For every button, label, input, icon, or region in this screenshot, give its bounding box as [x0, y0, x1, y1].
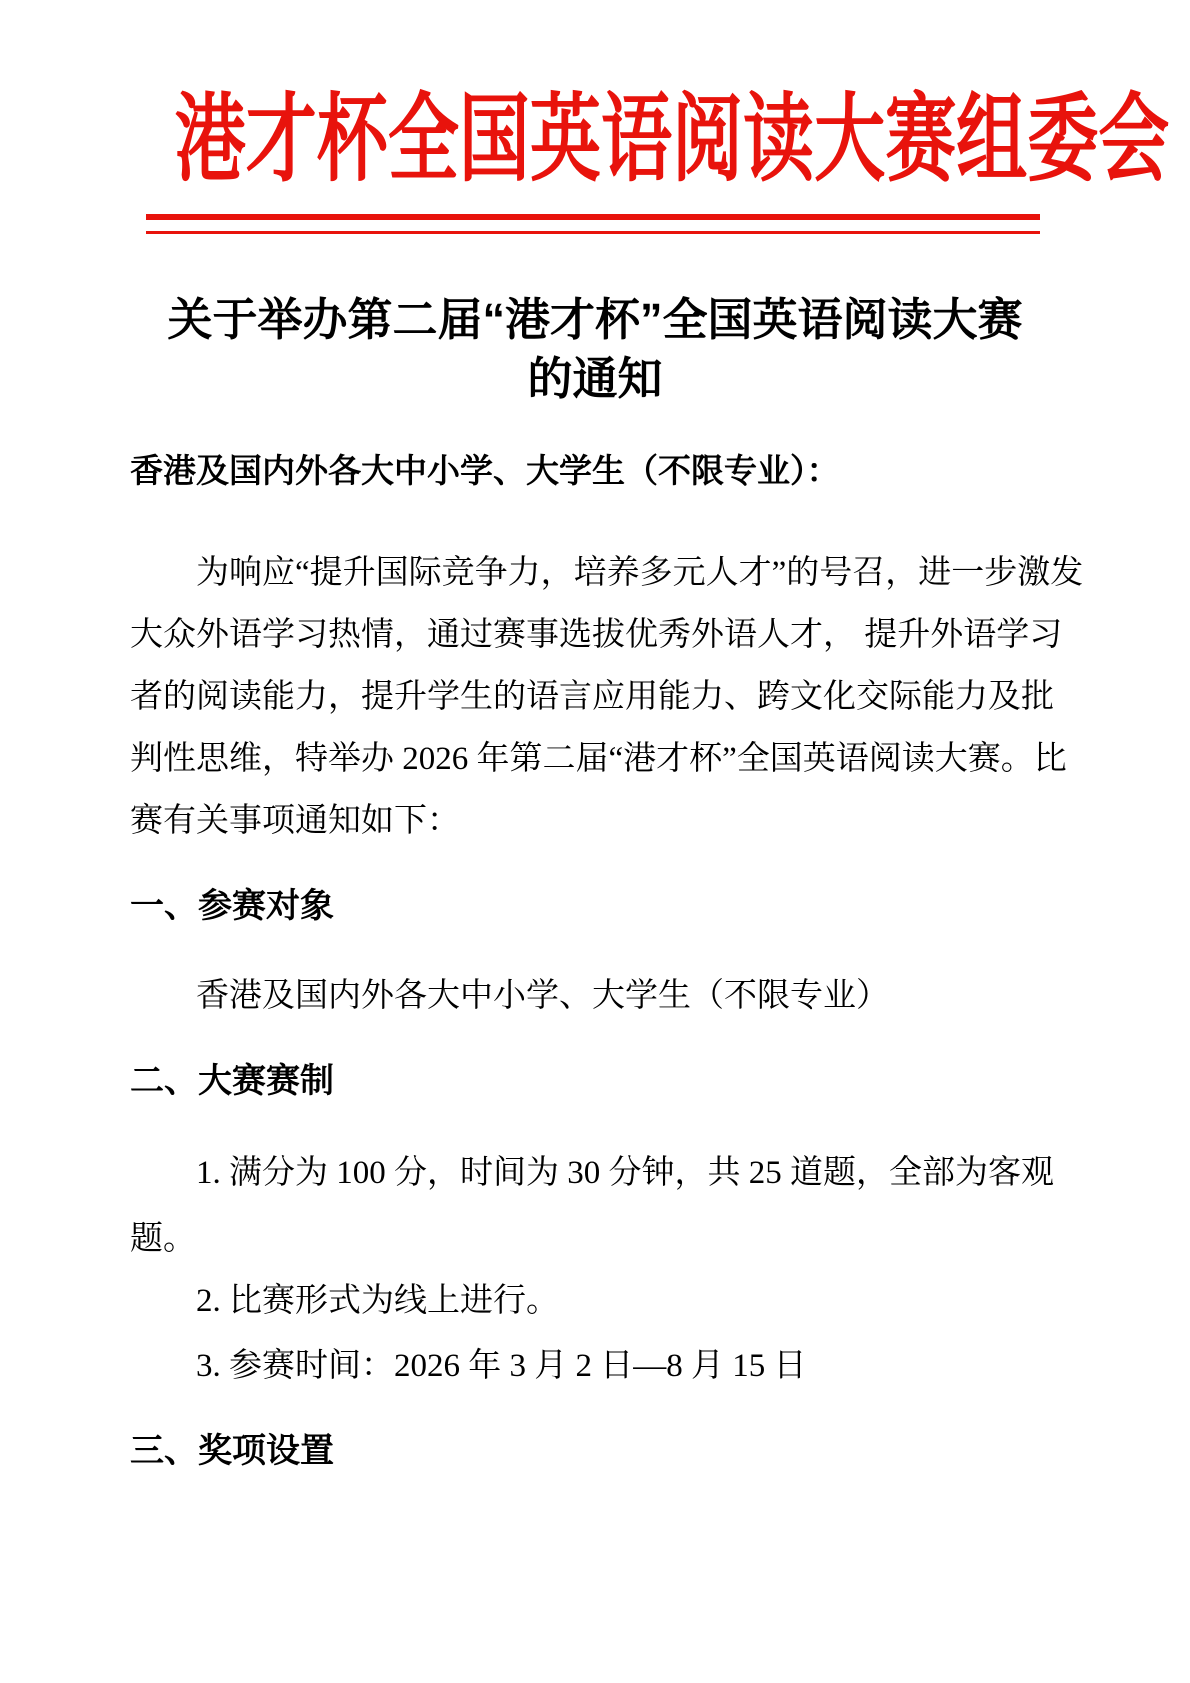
intro-line-2: 大众外语学习热情，通过赛事选拔优秀外语人才， 提升外语学习 — [130, 604, 1062, 666]
section-1-heading: 一、参赛对象 — [130, 886, 334, 926]
section-3-heading: 三、奖项设置 — [130, 1431, 334, 1471]
document-title-line-1: 关于举办第二届“港才杯”全国英语阅读大赛 — [0, 290, 1190, 349]
intro-paragraph: 为响应“提升国际竞争力，培养多元人才”的号召，进一步激发 大众外语学习热情，通过… — [130, 542, 1062, 852]
list-item-2: 2. 比赛形式为线上进行。 — [196, 1281, 559, 1321]
intro-line-4: 判性思维，特举办 2026 年第二届“港才杯”全国英语阅读大赛。比 — [130, 728, 1062, 790]
banner-headline-text: 港才杯全国英语阅读大赛组委会 — [175, 74, 1170, 206]
intro-line-1: 为响应“提升国际竞争力，培养多元人才”的号召，进一步激发 — [130, 542, 1062, 604]
double-rule-thin — [146, 231, 1040, 234]
intro-line-5: 赛有关事项通知如下： — [130, 790, 1062, 852]
list-item-1-line-1: 1. 满分为 100 分，时间为 30 分钟，共 25 道题，全部为客观 — [196, 1153, 1054, 1193]
section-2-heading: 二、大赛赛制 — [130, 1061, 334, 1101]
list-item-1-line-2: 题。 — [130, 1219, 196, 1259]
salutation-line: 香港及国内外各大中小学、大学生（不限专业）： — [130, 451, 840, 491]
document-title-line-2: 的通知 — [0, 349, 1190, 408]
double-rule-thick — [146, 214, 1040, 220]
document-page: 港才杯全国英语阅读大赛组委会 关于举办第二届“港才杯”全国英语阅读大赛 的通知 … — [0, 0, 1190, 1683]
list-item-3: 3. 参赛时间：2026 年 3 月 2 日—8 月 15 日 — [196, 1346, 807, 1386]
intro-line-3: 者的阅读能力，提升学生的语言应用能力、跨文化交际能力及批 — [130, 666, 1062, 728]
banner-headline: 港才杯全国英语阅读大赛组委会 — [0, 74, 1190, 206]
section-1-content: 香港及国内外各大中小学、大学生（不限专业） — [196, 976, 889, 1016]
document-title: 关于举办第二届“港才杯”全国英语阅读大赛 的通知 — [0, 290, 1190, 408]
